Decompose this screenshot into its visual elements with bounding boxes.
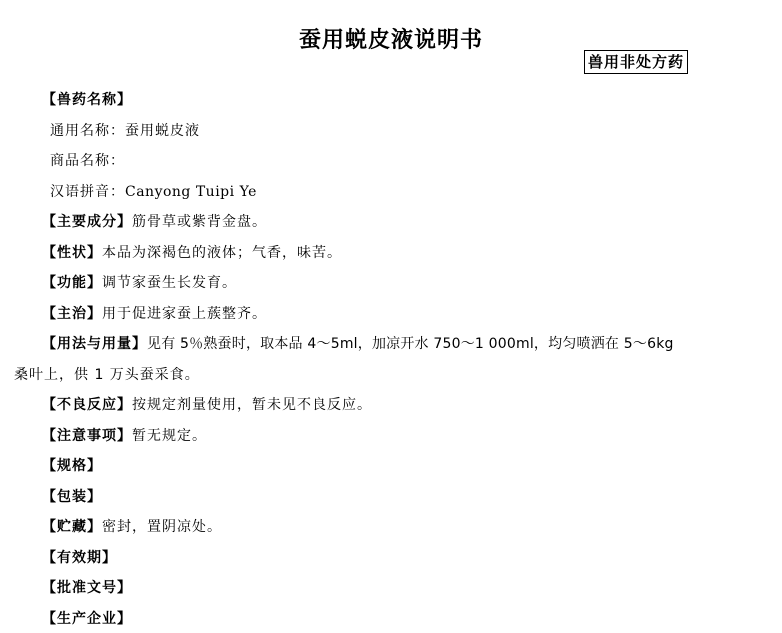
section-value: 密封，置阴凉处。 — [102, 519, 222, 535]
field-label: 汉语拼音： — [50, 184, 125, 200]
section-label: 【贮藏】 — [42, 519, 102, 535]
section-value: 桑叶上，供 1 万头蚕采食。 — [14, 367, 200, 383]
section-label: 【性状】 — [42, 245, 102, 261]
section-properties: 【性状】本品为深褐色的液体；气香，味苦。 — [14, 238, 776, 269]
section-packaging: 【包装】 — [14, 482, 776, 513]
section-value: 按规定剂量使用，暂未见不良反应。 — [132, 397, 372, 413]
field-label: 商品名称： — [50, 153, 125, 169]
section-label: 【生产企业】 — [42, 611, 132, 627]
section-manufacturer: 【生产企业】 — [14, 604, 776, 633]
section-precautions: 【注意事项】暂无规定。 — [14, 421, 776, 452]
field-value: 蚕用蜕皮液 — [125, 123, 200, 139]
section-label: 【功能】 — [42, 275, 102, 291]
section-value: 筋骨草或紫背金盘。 — [132, 214, 267, 230]
section-ingredients: 【主要成分】筋骨草或紫背金盘。 — [14, 207, 776, 238]
section-label: 【用法与用量】 — [42, 336, 147, 352]
section-value: 本品为深褐色的液体；气香，味苦。 — [102, 245, 342, 261]
section-label: 【包装】 — [42, 489, 102, 505]
generic-name-row: 通用名称：蚕用蜕皮液 — [14, 116, 776, 147]
section-label: 【有效期】 — [42, 550, 117, 566]
document-body: 【兽药名称】 通用名称：蚕用蜕皮液 商品名称： 汉语拼音：Canyong Tui… — [14, 85, 776, 633]
section-value: 用于促进家蚕上蔟整齐。 — [102, 306, 267, 322]
section-value: 调节家蚕生长发育。 — [102, 275, 237, 291]
section-indications: 【主治】用于促进家蚕上蔟整齐。 — [14, 299, 776, 330]
section-vet-name: 【兽药名称】 — [14, 85, 776, 116]
field-label: 通用名称： — [50, 123, 125, 139]
section-value: 见有 5％熟蚕时，取本品 4～5ml，加凉开水 750～1 000ml，均匀喷洒… — [147, 336, 674, 352]
section-adverse-reactions: 【不良反应】按规定剂量使用，暂未见不良反应。 — [14, 390, 776, 421]
otc-badge: 兽用非处方药 — [584, 50, 688, 74]
pinyin-row: 汉语拼音：Canyong Tuipi Ye — [14, 177, 776, 208]
section-usage-continued: 桑叶上，供 1 万头蚕采食。 — [14, 360, 776, 391]
section-value: 暂无规定。 — [132, 428, 207, 444]
section-label: 【规格】 — [42, 458, 102, 474]
section-approval-number: 【批准文号】 — [14, 573, 776, 604]
section-label: 【注意事项】 — [42, 428, 132, 444]
field-value: Canyong Tuipi Ye — [125, 184, 257, 200]
section-label: 【主要成分】 — [42, 214, 132, 230]
section-function: 【功能】调节家蚕生长发育。 — [14, 268, 776, 299]
trade-name-row: 商品名称： — [14, 146, 776, 177]
section-label: 【批准文号】 — [42, 580, 132, 596]
section-label: 【主治】 — [42, 306, 102, 322]
section-expiry: 【有效期】 — [14, 543, 776, 574]
section-storage: 【贮藏】密封，置阴凉处。 — [14, 512, 776, 543]
section-specification: 【规格】 — [14, 451, 776, 482]
section-label: 【兽药名称】 — [42, 92, 132, 108]
section-label: 【不良反应】 — [42, 397, 132, 413]
section-usage: 【用法与用量】见有 5％熟蚕时，取本品 4～5ml，加凉开水 750～1 000… — [14, 329, 776, 360]
